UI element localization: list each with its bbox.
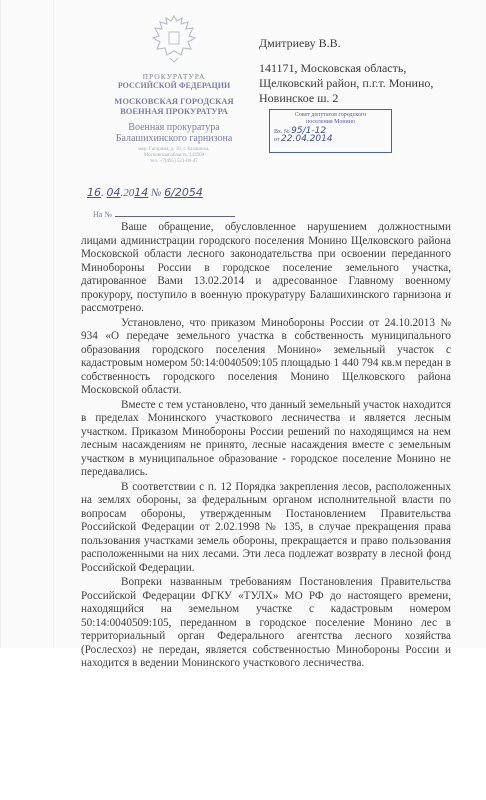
org-line-rf: РОССИЙСКОЙ ФЕДЕРАЦИИ [79,81,269,90]
body-paragraph: Вопреки названным требованиям Постановле… [81,576,451,671]
reg-day: 16 [87,186,101,199]
addressee-address-3: Новинское ш. 2 [259,91,433,106]
scanned-letter-page: ПРОКУРАТУРА РОССИЙСКОЙ ФЕДЕРАЦИИ МОСКОВС… [0,0,486,648]
body-paragraph: Ваше обращение, обусловленное нарушением… [81,221,451,316]
reg-number-label: № [151,187,161,199]
org-address-3: тел. +7(495) 521-00-47 [79,159,269,165]
org-line-moscow-city: МОСКОВСКАЯ ГОРОДСКАЯ [79,96,269,106]
letterhead: ПРОКУРАТУРА РОССИЙСКОЙ ФЕДЕРАЦИИ МОСКОВС… [79,12,269,165]
incoming-registration-stamp: Совет депутатов городского поселения Мон… [269,109,392,153]
addressee-address-2: Щелковский район, п.г.т. Монино, [259,76,433,91]
org-line-garrison: Балашихинского гарнизона [79,133,269,144]
registration-line: 16. 04.2014 № 6/2054 [87,186,203,199]
reg-year: 14 [134,186,148,199]
body-paragraph: В соответствии с п. 12 Порядка закреплен… [81,481,451,576]
stamp-date: 22.04.2014 [281,134,333,144]
letter-body: Ваше обращение, обусловленное нарушением… [81,221,451,671]
stamp-date-row: от 22.04.2014 [274,136,387,144]
addressee-address-1: 141171, Московская область, [259,61,433,76]
org-line-prokuratura: ПРОКУРАТУРА [79,73,269,81]
addressee-name: Дмитриеву В.В. [259,36,433,51]
reg-number: 6/2054 [164,186,203,199]
org-line-military-prosecution: Военная прокуратура [79,122,269,133]
reg-month: 04 [107,186,121,199]
reply-blank-line [115,216,235,217]
body-paragraph: Установлено, что приказом Минобороны Рос… [81,317,451,398]
russian-coat-of-arms-icon [151,12,197,64]
reply-reference-line: На № [93,210,235,219]
stamp-date-label: от [274,137,280,143]
stamp-title-1: Совет депутатов городского [274,112,387,119]
addressee-block: Дмитриеву В.В. 141171, Московская област… [259,36,433,106]
body-paragraph: Вместе с тем установлено, что данный зем… [81,399,451,480]
org-line-military-prosecutor: ВОЕННАЯ ПРОКУРАТУРА [79,106,269,116]
stamp-title-2: поселения Монино [274,119,387,126]
reply-label: На № [93,210,112,219]
